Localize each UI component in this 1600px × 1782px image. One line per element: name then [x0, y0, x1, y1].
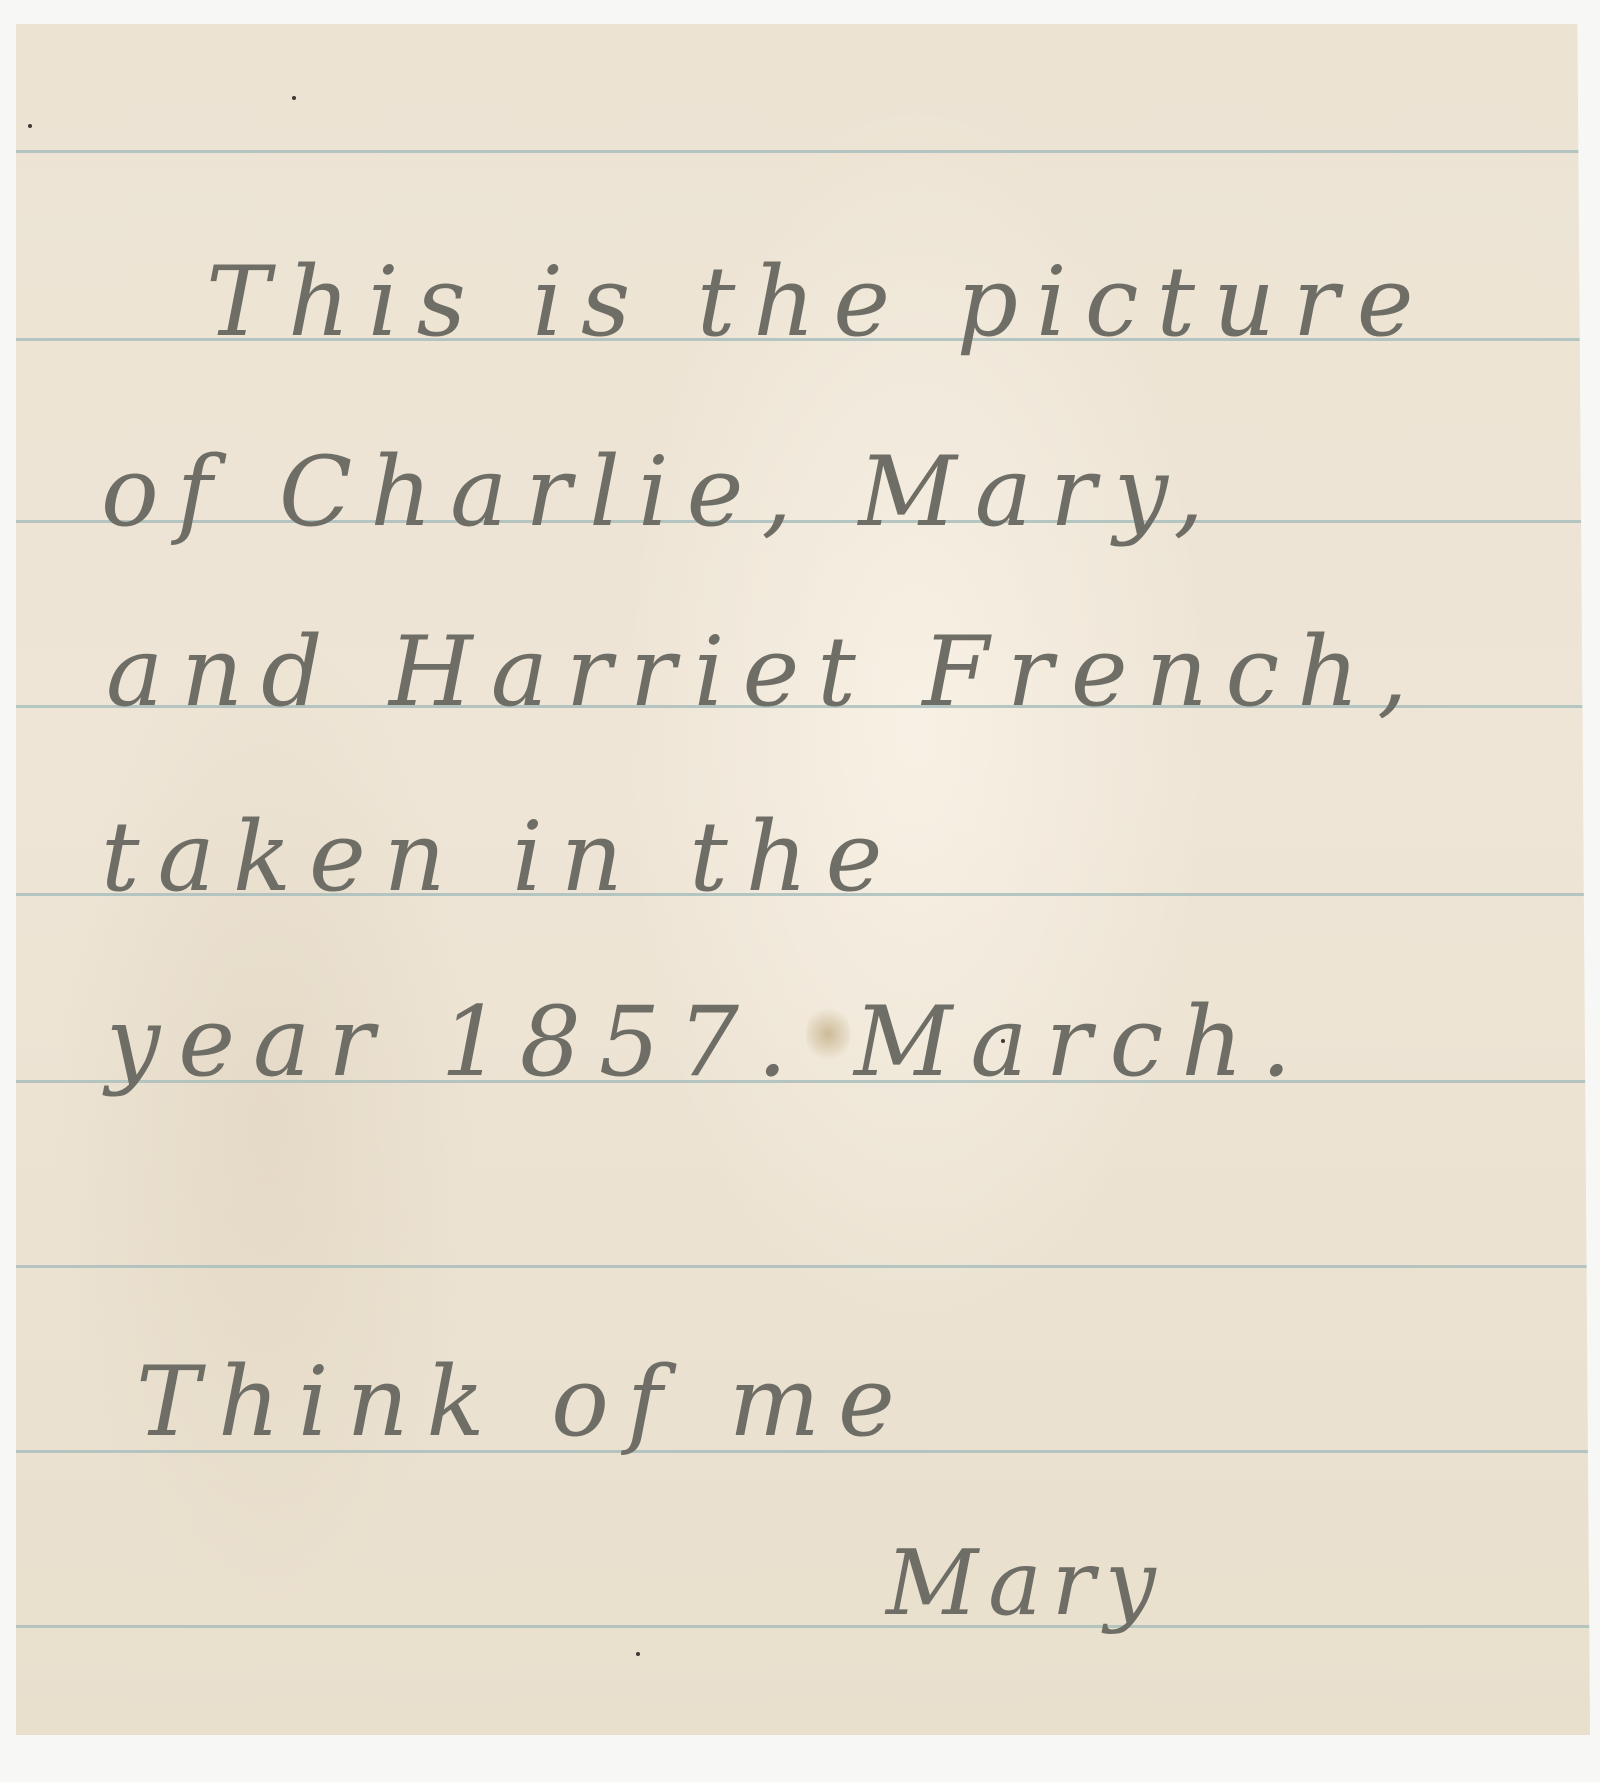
handwritten-signature: Mary — [886, 1539, 1166, 1629]
handwritten-line-4: taken in the — [101, 809, 900, 905]
ruled-line — [16, 150, 1590, 153]
handwritten-closing: Think of me — [136, 1354, 913, 1450]
handwritten-line-2: of Charlie, Mary, — [101, 444, 1222, 540]
ink-stain — [806, 1004, 850, 1064]
handwritten-line-5: year 1857. March. — [106, 994, 1310, 1090]
paper-speck — [1001, 1039, 1005, 1043]
handwritten-line-3: and Harriet French, — [106, 624, 1426, 720]
handwritten-line-1: This is the picture — [206, 254, 1432, 350]
paper-speck — [28, 124, 32, 128]
paper-speck — [292, 96, 296, 100]
ruled-line — [16, 1625, 1590, 1628]
ruled-line — [16, 1265, 1590, 1268]
paper-speck — [636, 1652, 640, 1656]
lined-paper-sheet: This is the picture of Charlie, Mary, an… — [16, 24, 1590, 1735]
